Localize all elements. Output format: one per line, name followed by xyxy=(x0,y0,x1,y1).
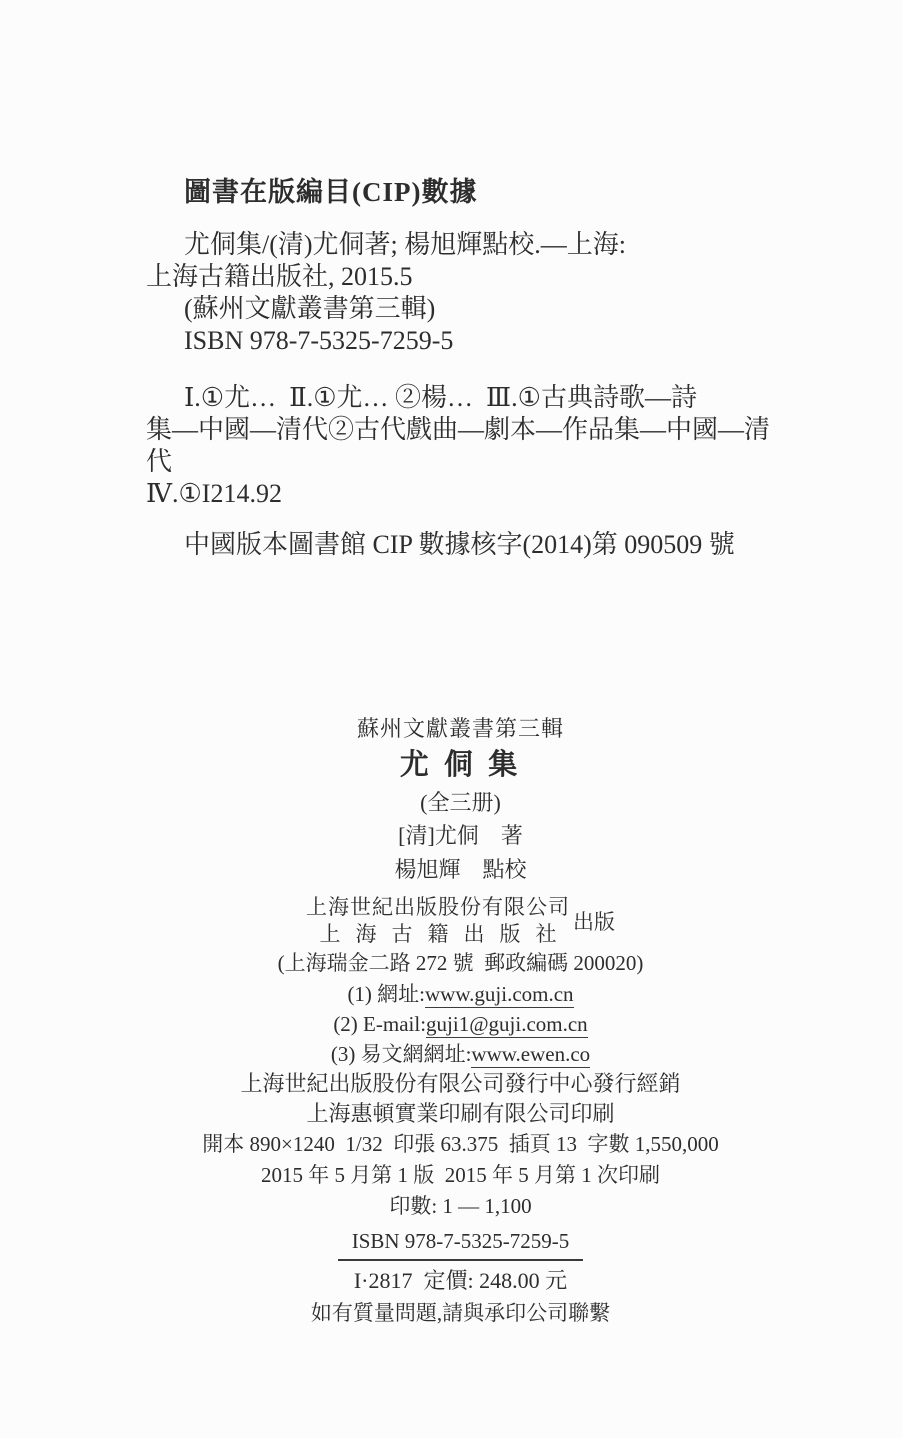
colophon-block: 蘇州文獻叢書第三輯 尤 侗 集 (全三册) [清]尤侗 著 楊旭輝 點校 上海世… xyxy=(18,714,903,1328)
email-label: (2) E-mail: xyxy=(333,1012,426,1036)
book-copyright-page: 圖書在版編目(CIP)數據 尤侗集/(清)尤侗著; 楊旭輝點校.—上海: 上海古… xyxy=(0,0,903,1438)
cip-record-number: 中國版本圖書館 CIP 數據核字(2014)第 090509 號 xyxy=(146,529,786,561)
ewen-label: (3) 易文網網址: xyxy=(331,1042,472,1066)
isbn-number: ISBN 978-7-5325-7259-5 xyxy=(338,1228,584,1261)
publish-label: 出版 xyxy=(573,906,615,936)
cip-classification-line3: Ⅳ.①I214.92 xyxy=(146,478,786,510)
cip-entry-line2: 上海古籍出版社, 2015.5 xyxy=(146,261,786,293)
cip-isbn: ISBN 978-7-5325-7259-5 xyxy=(146,325,786,357)
edition-line: 2015 年 5 月第 1 版 2015 年 5 月第 1 次印刷 xyxy=(18,1160,903,1191)
isbn-line: ISBN 978-7-5325-7259-5 xyxy=(18,1228,903,1261)
series-title: 蘇州文獻叢書第三輯 xyxy=(18,714,903,744)
publisher-address: (上海瑞金二路 272 號 郵政編碼 200020) xyxy=(18,948,903,979)
cip-data-block: 圖書在版編目(CIP)數據 尤侗集/(清)尤侗著; 楊旭輝點校.—上海: 上海古… xyxy=(146,176,786,561)
book-title: 尤 侗 集 xyxy=(18,744,903,786)
print-run-line: 印數: 1 — 1,100 xyxy=(18,1191,903,1222)
cip-heading: 圖書在版編目(CIP)數據 xyxy=(146,176,786,208)
website-label: (1) 網址: xyxy=(347,982,425,1006)
printer-line: 上海惠頓實業印刷有限公司印刷 xyxy=(18,1099,903,1129)
price-line: I·2817 定價: 248.00 元 xyxy=(18,1266,903,1296)
website-url: www.guji.com.cn xyxy=(425,982,574,1008)
author-line: [清]尤侗 著 xyxy=(18,819,903,853)
publisher-imprint: 上海世紀出版股份有限公司 上海古籍出版社 出版 xyxy=(18,894,903,948)
distributor-line: 上海世紀出版股份有限公司發行中心發行經銷 xyxy=(18,1069,903,1099)
volume-note: (全三册) xyxy=(18,786,903,819)
publisher-name: 上海古籍出版社 xyxy=(306,921,585,948)
editor-line: 楊旭輝 點校 xyxy=(18,853,903,886)
email-address: guji1@guji.com.cn xyxy=(426,1012,588,1038)
ewen-line: (3) 易文網網址:www.ewen.co xyxy=(18,1039,903,1069)
cip-classification-line1: Ⅰ.①尤… Ⅱ.①尤… ②楊… Ⅲ.①古典詩歌—詩 xyxy=(146,382,786,414)
publisher-names: 上海世紀出版股份有限公司 上海古籍出版社 xyxy=(306,894,570,948)
ewen-url: www.ewen.co xyxy=(471,1042,590,1068)
format-specs-line: 開本 890×1240 1/32 印張 63.375 插頁 13 字數 1,55… xyxy=(18,1129,903,1160)
website-line: (1) 網址:www.guji.com.cn xyxy=(18,979,903,1009)
cip-classification-line2: 集—中國—清代②古代戲曲—劇本—作品集—中國—清代 xyxy=(146,414,786,478)
cip-entry-line1: 尤侗集/(清)尤侗著; 楊旭輝點校.—上海: xyxy=(146,229,786,261)
email-line: (2) E-mail:guji1@guji.com.cn xyxy=(18,1009,903,1039)
cip-series-note: (蘇州文獻叢書第三輯) xyxy=(146,293,786,325)
publisher-group-name: 上海世紀出版股份有限公司 xyxy=(306,894,570,921)
quality-notice: 如有質量問題,請與承印公司聯繫 xyxy=(18,1298,903,1328)
